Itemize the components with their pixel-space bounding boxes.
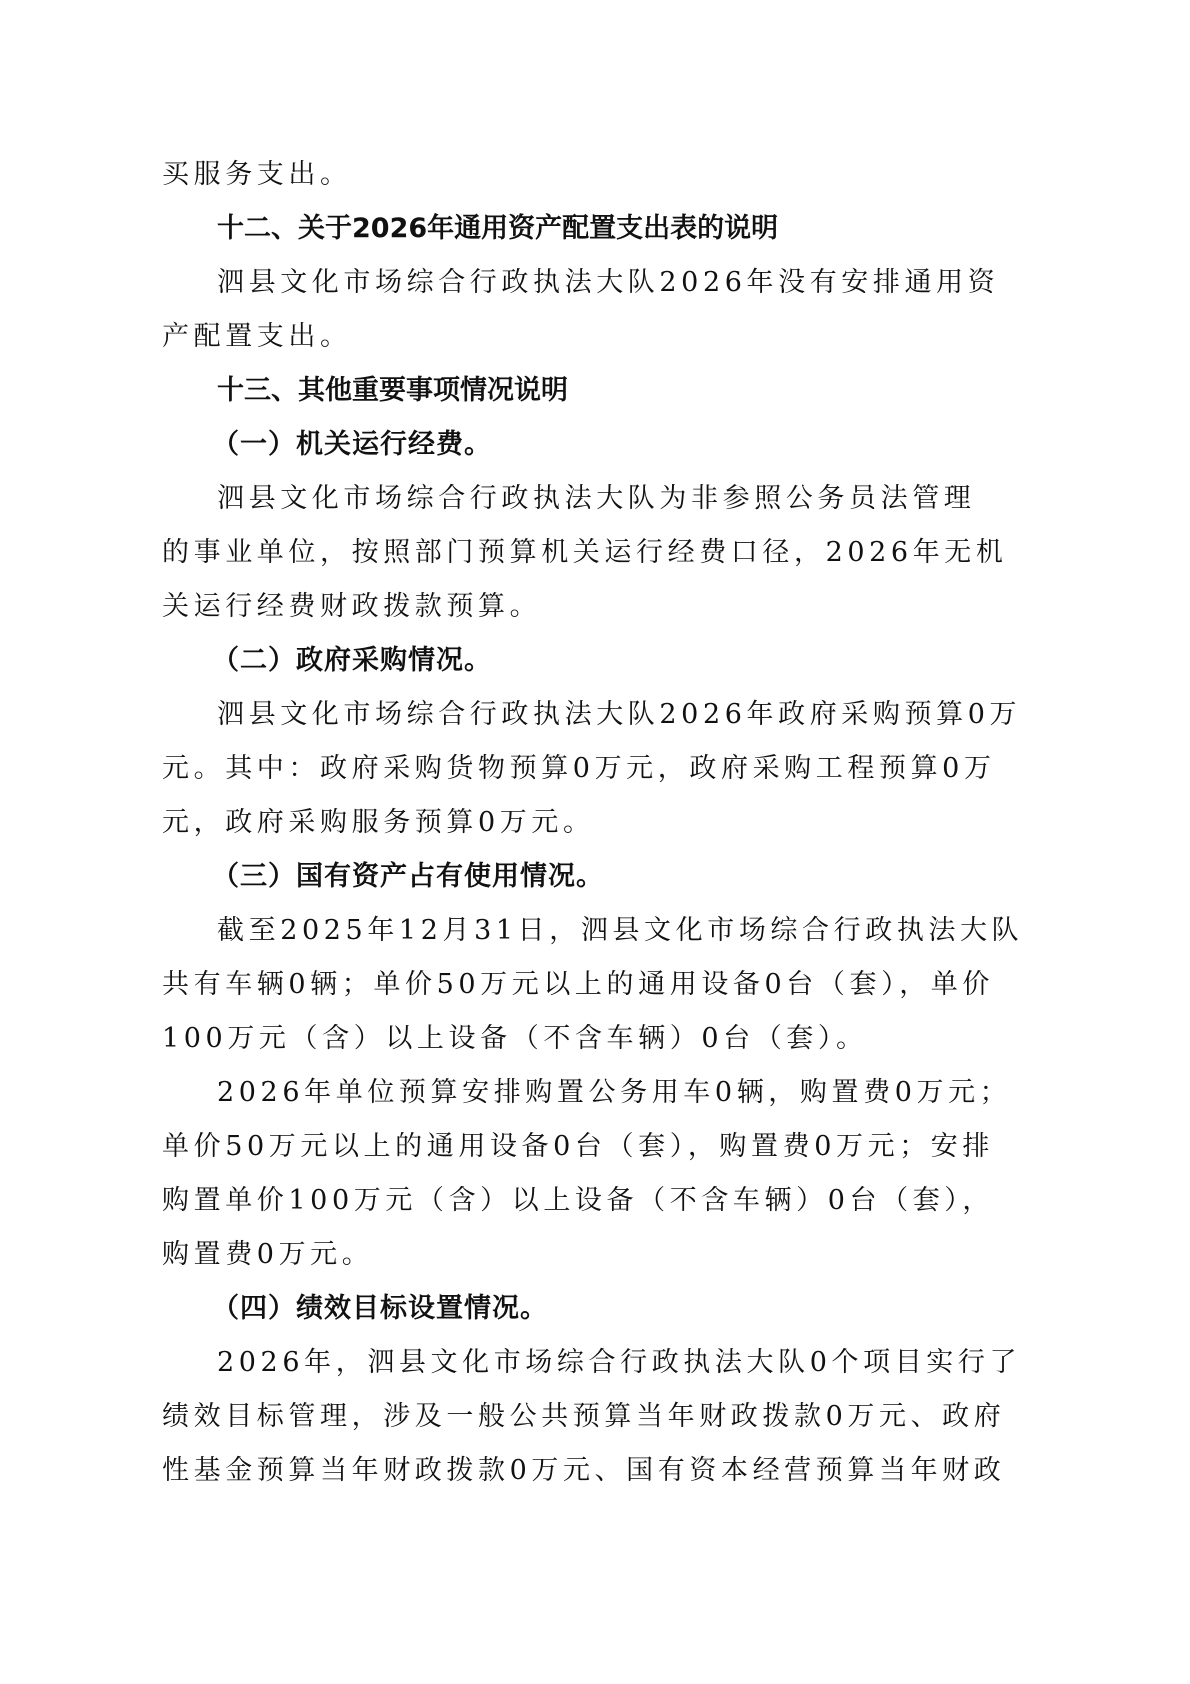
subsection-heading-2: （二）政府采购情况。 [162,634,950,688]
paragraph-line: 单价50万元以上的通用设备0台（套），购置费0万元；安排 [162,1120,950,1174]
paragraph-line: 的事业单位，按照部门预算机关运行经费口径，2026年无机 [162,526,950,580]
section-heading-13: 十三、其他重要事项情况说明 [162,364,950,418]
subsection-heading-1: （一）机关运行经费。 [162,418,950,472]
paragraph-general-assets: 泗县文化市场综合行政执法大队2026年没有安排通用资 产配置支出。 [162,256,950,364]
paragraph-line: 绩效目标管理，涉及一般公共预算当年财政拨款0万元、政府 [162,1390,950,1444]
paragraph-line: 泗县文化市场综合行政执法大队为非参照公务员法管理 [162,472,950,526]
paragraph-procurement: 泗县文化市场综合行政执法大队2026年政府采购预算0万 元。其中：政府采购货物预… [162,688,950,850]
paragraph-line: 截至2025年12月31日，泗县文化市场综合行政执法大队 [162,904,950,958]
subsection-heading-3: （三）国有资产占有使用情况。 [162,850,950,904]
paragraph-operating-expenses: 泗县文化市场综合行政执法大队为非参照公务员法管理 的事业单位，按照部门预算机关运… [162,472,950,634]
paragraph-line: 元，政府采购服务预算0万元。 [162,796,950,850]
section-heading-12: 十二、关于2026年通用资产配置支出表的说明 [162,202,950,256]
paragraph-asset-purchase-plan: 2026年单位预算安排购置公务用车0辆，购置费0万元； 单价50万元以上的通用设… [162,1066,950,1282]
paragraph-line: 100万元（含）以上设备（不含车辆）0台（套）。 [162,1012,950,1066]
paragraph-continuation: 买服务支出。 [162,148,950,202]
paragraph-line: 购置单价100万元（含）以上设备（不含车辆）0台（套）， [162,1174,950,1228]
paragraph-line: 2026年单位预算安排购置公务用车0辆，购置费0万元； [162,1066,950,1120]
paragraph-state-assets: 截至2025年12月31日，泗县文化市场综合行政执法大队 共有车辆0辆；单价50… [162,904,950,1066]
paragraph-line: 性基金预算当年财政拨款0万元、国有资本经营预算当年财政 [162,1444,950,1498]
paragraph-line: 购置费0万元。 [162,1228,950,1282]
paragraph-line: 泗县文化市场综合行政执法大队2026年政府采购预算0万 [162,688,950,742]
paragraph-line: 关运行经费财政拨款预算。 [162,580,950,634]
paragraph-line: 元。其中：政府采购货物预算0万元，政府采购工程预算0万 [162,742,950,796]
paragraph-line: 产配置支出。 [162,310,950,364]
paragraph-line: 共有车辆0辆；单价50万元以上的通用设备0台（套），单价 [162,958,950,1012]
paragraph-line: 2026年，泗县文化市场综合行政执法大队0个项目实行了 [162,1336,950,1390]
paragraph-performance-goals: 2026年，泗县文化市场综合行政执法大队0个项目实行了 绩效目标管理，涉及一般公… [162,1336,950,1498]
subsection-heading-4: （四）绩效目标设置情况。 [162,1282,950,1336]
document-page: 买服务支出。 十二、关于2026年通用资产配置支出表的说明 泗县文化市场综合行政… [162,148,950,1498]
paragraph-line: 泗县文化市场综合行政执法大队2026年没有安排通用资 [162,256,950,310]
